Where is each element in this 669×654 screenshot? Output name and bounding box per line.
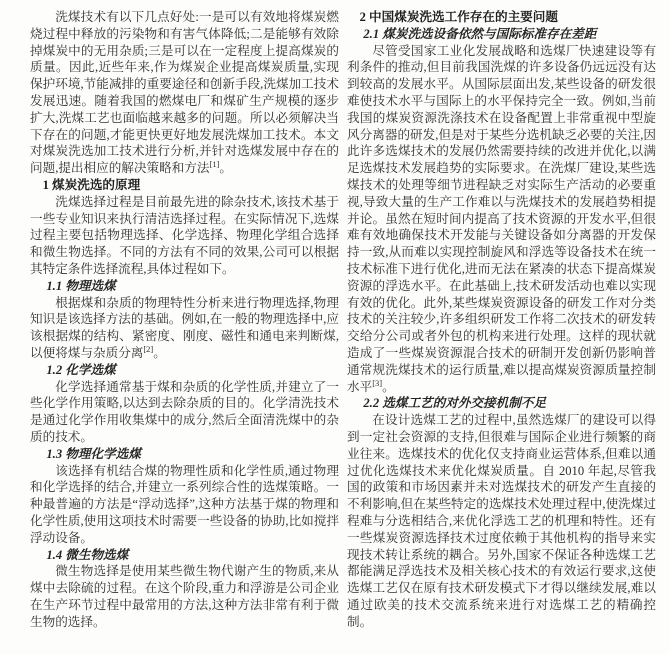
section-1-heading: 1 煤炭洗选的原理 [30, 177, 339, 194]
paragraph-text: 洗煤技术有以下几点好处:一是可以有效地将煤炭燃烧过程中释放的污染物和有害气体降低… [30, 10, 339, 175]
paragraph-text: 尽管受国家工业化发展战略和选煤厂快速建设等有利条件的推动,但目前我国洗煤的许多设… [347, 44, 656, 394]
paragraph-text: 根据煤和杂质的物理特性分析来进行物理选择,物理知识是该选择方法的基础。例如,在一… [30, 296, 339, 360]
section-1-4-paragraph: 微生物选择是使用某些微生物代谢产生的物质,来从煤中去除硫的过程。在这个阶段,重力… [30, 563, 339, 630]
document-page: 洗煤技术有以下几点好处:一是可以有效地将煤炭燃烧过程中释放的污染物和有害气体降低… [0, 0, 669, 654]
citation-ref-1: [1] [209, 159, 219, 169]
section-1-3-paragraph: 该选择有机结合煤的物理性质和化学性质,通过物理和化学选择的结合,并建立一系列综合… [30, 463, 339, 547]
section-1-1-heading: 1.1 物理选煤 [30, 278, 339, 295]
section-2-heading: 2 中国煤炭洗选工作存在的主要问题 [347, 9, 656, 26]
section-1-paragraph: 洗煤选择过程是目前最先进的除杂技术,该技术基于一些专业知识来执行清洁选择过程。在… [30, 194, 339, 278]
section-1-1-paragraph: 根据煤和杂质的物理特性分析来进行物理选择,物理知识是该选择方法的基础。例如,在一… [30, 295, 339, 362]
paragraph-tail: 。 [153, 346, 166, 360]
paragraph-tail: 。 [219, 161, 232, 175]
section-1-4-heading: 1.4 微生物选煤 [30, 547, 339, 564]
section-2-1-heading: 2.1 煤炭洗选设备依然与国际标准存在差距 [347, 26, 656, 43]
section-1-3-heading: 1.3 物理化学选煤 [30, 446, 339, 463]
citation-ref-3: [3] [372, 377, 382, 387]
section-2-2-heading: 2.2 选煤工艺的对外交接机制不足 [347, 395, 656, 412]
intro-paragraph: 洗煤技术有以下几点好处:一是可以有效地将煤炭燃烧过程中释放的污染物和有害气体降低… [30, 9, 339, 177]
section-1-2-paragraph: 化学选择通常基于煤和杂质的化学性质,并建立了一些化学作用策略,以达到去除杂质的目… [30, 379, 339, 446]
paragraph-tail: 。 [382, 380, 395, 394]
section-2-2-paragraph: 在设计选煤工艺的过程中,虽然选煤厂的建设可以得到一定社会资源的支持,但很难与国际… [347, 412, 656, 630]
section-1-2-heading: 1.2 化学选煤 [30, 362, 339, 379]
left-column: 洗煤技术有以下几点好处:一是可以有效地将煤炭燃烧过程中释放的污染物和有害气体降低… [30, 9, 339, 654]
section-2-1-paragraph: 尽管受国家工业化发展战略和选煤厂快速建设等有利条件的推动,但目前我国洗煤的许多设… [347, 43, 656, 396]
right-column: 2 中国煤炭洗选工作存在的主要问题 2.1 煤炭洗选设备依然与国际标准存在差距 … [347, 9, 656, 654]
citation-ref-2: [2] [143, 344, 153, 354]
